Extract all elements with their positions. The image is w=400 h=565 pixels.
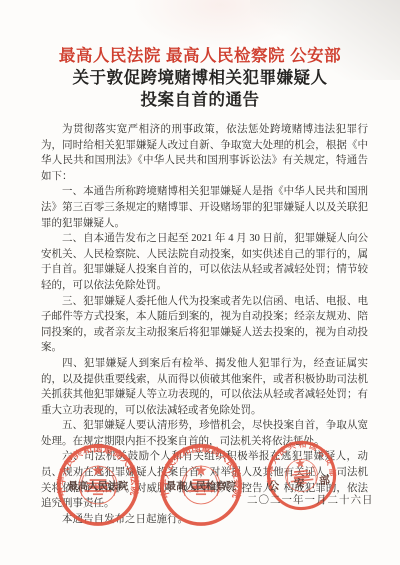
article-paragraph: 二、自本通告发布之日起至 2021 年 4 月 30 日前，犯罪嫌疑人向公安机关… — [41, 231, 368, 293]
seal-supreme-procuratorate: 中华人民共和国最高人民检察院 最高人民检察院 — [159, 443, 243, 527]
notice-title: 关于敦促跨境赌博相关犯罪嫌疑人 投案自首的通告 — [0, 67, 400, 111]
seal-label-supreme-court: 最高人民法院 — [68, 478, 128, 493]
issue-date: 二〇二一年一月二十六日 — [247, 492, 374, 507]
seal-supreme-court: 中华人民共和国最高人民法院 最高人民法院 — [56, 443, 140, 527]
seal-label-supreme-procuratorate: 最高人民检察院 — [166, 478, 236, 493]
intro-paragraph: 为贯彻落实宽严相济的刑事政策，依法惩处跨境赌博违法犯罪行为，同时给相关犯罪嫌疑人… — [41, 122, 368, 184]
article-paragraph: 四、犯罪嫌疑人到案后有检举、揭发他人犯罪行为，经查证属实的，以及提供重要线索，从… — [41, 356, 368, 418]
issuers-line: 最高人民法院 最高人民检察院 公安部 — [0, 42, 400, 66]
notice-title-line2: 投案自首的通告 — [141, 91, 260, 109]
article-paragraph: 三、犯罪嫌疑人委托他人代为投案或者先以信函、电话、电报、电子邮件等方式投案，本人… — [41, 294, 368, 356]
article-paragraph: 一、本通告所称跨境赌博相关犯罪嫌疑人是指《中华人民共和国刑法》第三百零三条规定的… — [41, 184, 368, 231]
notice-title-line1: 关于敦促跨境赌博相关犯罪嫌疑人 — [73, 69, 328, 87]
notice-document-page: 最高人民法院 最高人民检察院 公安部 关于敦促跨境赌博相关犯罪嫌疑人 投案自首的… — [0, 0, 400, 565]
